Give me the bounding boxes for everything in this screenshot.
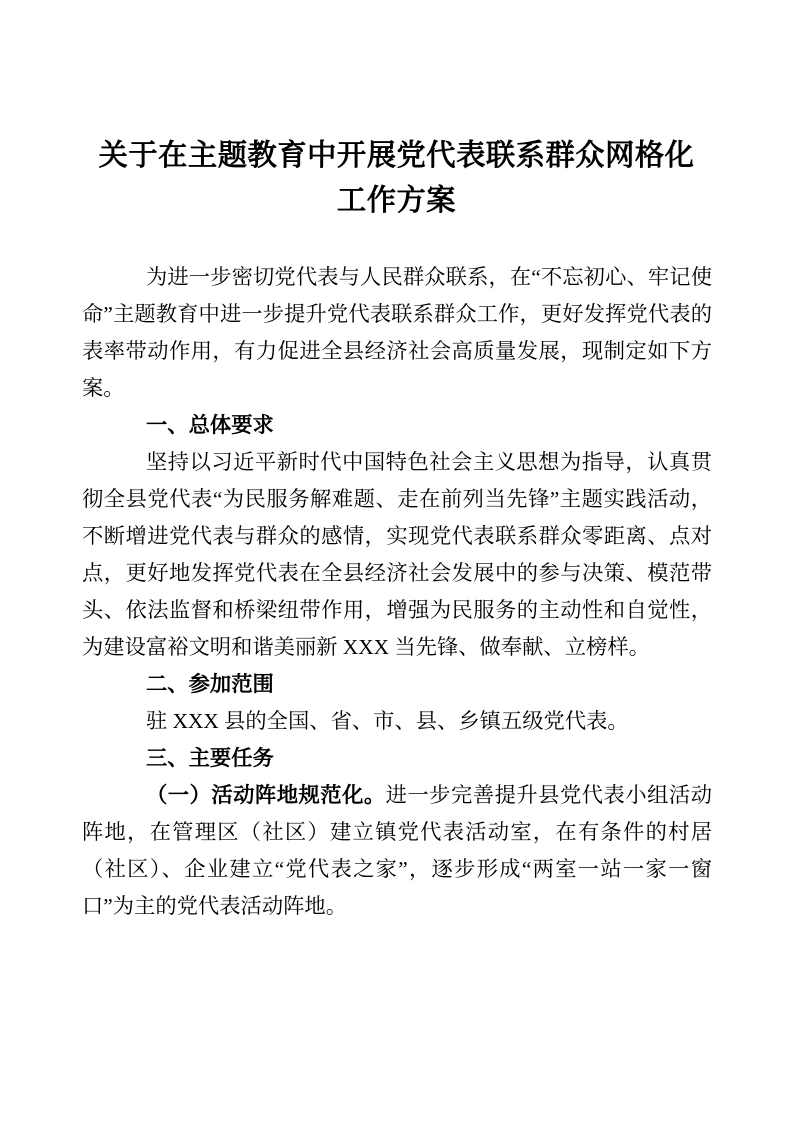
paragraph-overall-requirements: 坚持以习近平新时代中国特色社会主义思想为指导，认真贯彻全县党代表“为民服务解难题… — [82, 444, 712, 666]
section-heading-overall-requirements: 一、总体要求 — [82, 407, 712, 444]
document-page: 关于在主题教育中开展党代表联系群众网格化工作方案 为进一步密切党代表与人民群众联… — [0, 0, 793, 1122]
document-title: 关于在主题教育中开展党代表联系群众网格化工作方案 — [95, 134, 699, 224]
section-heading-main-tasks: 三、主要任务 — [82, 740, 712, 777]
paragraph-task-1: （一）活动阵地规范化。进一步完善提升县党代表小组活动阵地，在管理区（社区）建立镇… — [82, 777, 712, 925]
section-heading-participation-scope: 二、参加范围 — [82, 666, 712, 703]
paragraph-participation-scope: 驻 XXX 县的全国、省、市、县、乡镇五级党代表。 — [82, 703, 712, 740]
paragraph-intro: 为进一步密切党代表与人民群众联系，在“不忘初心、牢记使命”主题教育中进一步提升党… — [82, 259, 712, 407]
document-body: 为进一步密切党代表与人民群众联系，在“不忘初心、牢记使命”主题教育中进一步提升党… — [82, 259, 712, 925]
paragraph-task-1-lead: （一）活动阵地规范化。 — [146, 783, 386, 807]
